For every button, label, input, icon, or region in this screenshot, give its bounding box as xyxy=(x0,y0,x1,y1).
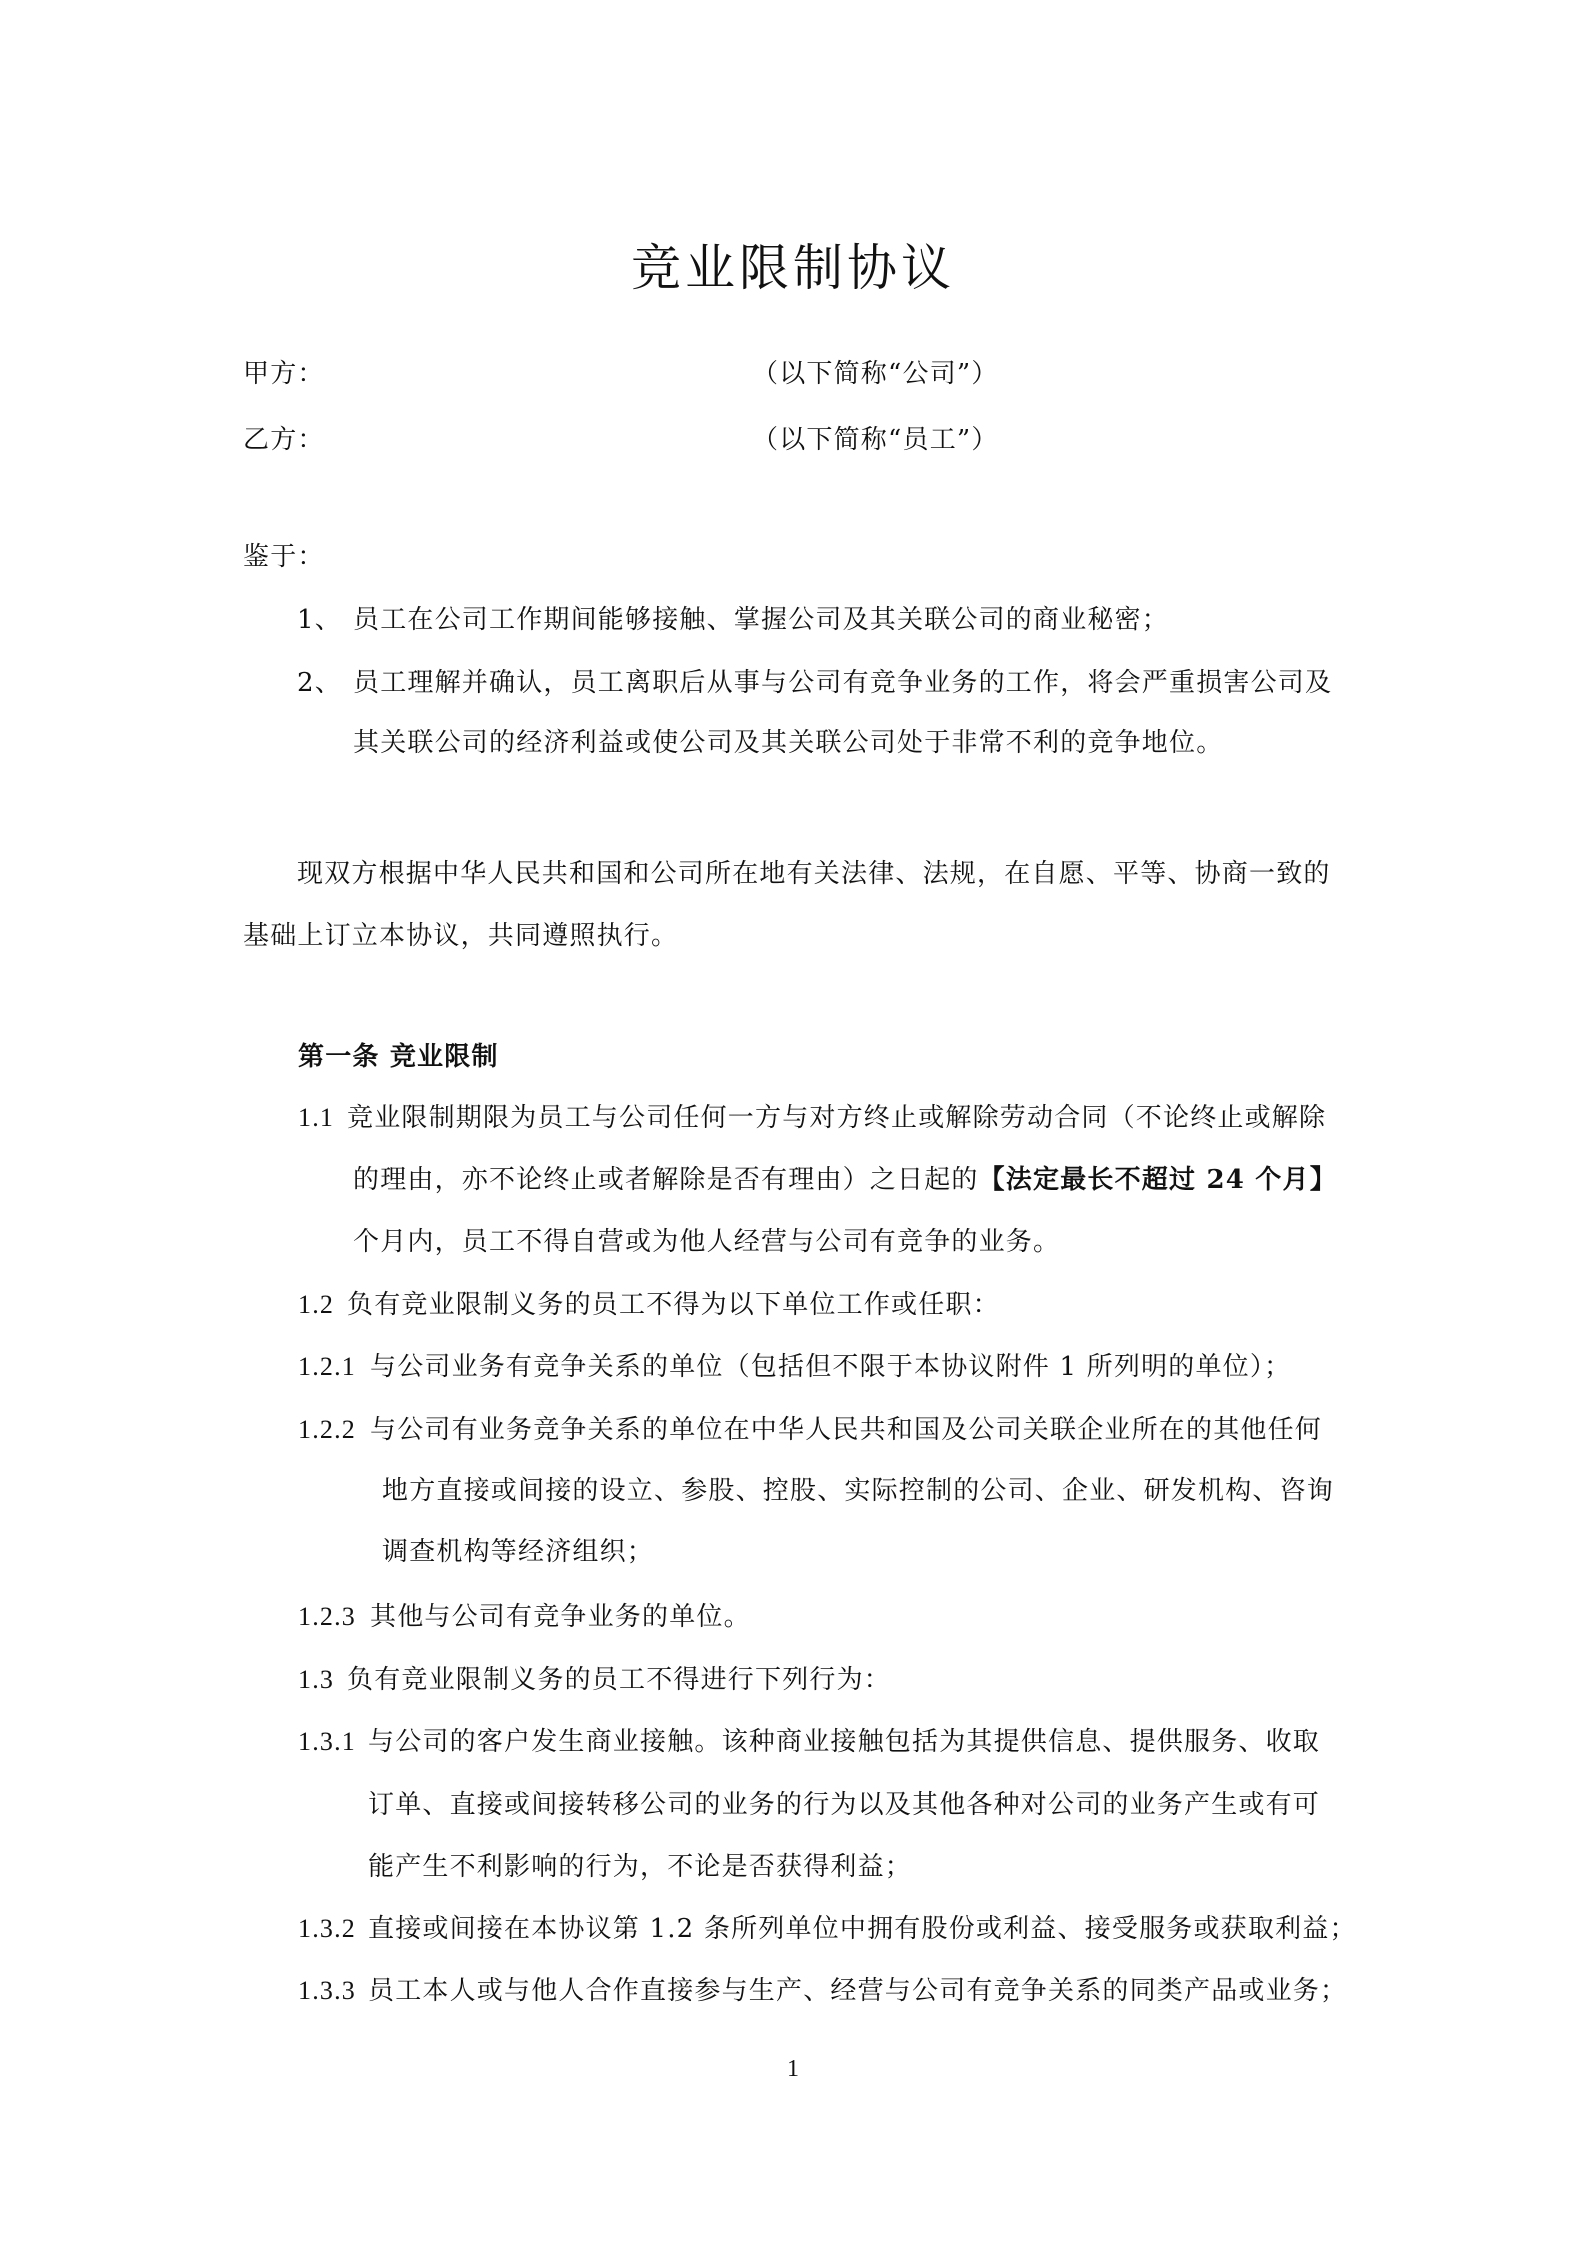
clause-1-2-2-line1: 与公司有业务竞争关系的单位在中华人民共和国及公司关联企业所在的其他任何 xyxy=(370,1413,1322,1447)
clause-1-3-1-number: 1.3.1 xyxy=(298,1725,356,1759)
clause-1-1-number: 1.1 xyxy=(298,1101,334,1135)
clause-1-2-3-text: 其他与公司有竞争业务的单位。 xyxy=(370,1600,751,1634)
preamble-line2: 基础上订立本协议，共同遵照执行。 xyxy=(243,919,678,953)
clause-1-1-line1: 竞业限制期限为员工与公司任何一方与对方终止或解除劳动合同（不论终止或解除 xyxy=(347,1101,1326,1135)
clause-1-3-3-number: 1.3.3 xyxy=(298,1974,356,2008)
recital-2-number: 2、 xyxy=(297,666,342,700)
clause-1-3-text: 负有竞业限制义务的员工不得进行下列行为： xyxy=(347,1663,891,1697)
clause-1-2-number: 1.2 xyxy=(298,1288,334,1322)
document-title: 竞业限制协议 xyxy=(0,238,1586,298)
page-number: 1 xyxy=(0,2054,1586,2084)
article-1-heading: 第一条 竞业限制 xyxy=(298,1040,499,1074)
recital-2-text-line2: 其关联公司的经济利益或使公司及其关联公司处于非常不利的竞争地位。 xyxy=(353,726,1223,760)
recital-2-text-line1: 员工理解并确认，员工离职后从事与公司有竞争业务的工作，将会严重损害公司及 xyxy=(353,666,1332,700)
party-a-note: （以下简称“公司”） xyxy=(752,357,999,391)
preamble-line1: 现双方根据中华人民共和国和公司所在地有关法律、法规，在自愿、平等、协商一致的 xyxy=(297,857,1331,891)
clause-1-3-1-line2: 订单、直接或间接转移公司的业务的行为以及其他各种对公司的业务产生或有可 xyxy=(368,1788,1320,1822)
clause-1-2-1-number: 1.2.1 xyxy=(298,1350,356,1384)
clause-1-1-line2: 的理由，亦不论终止或者解除是否有理由）之日起的【法定最长不超过 24 个月】 xyxy=(353,1163,1337,1197)
clause-1-2-2-line2: 地方直接或间接的设立、参股、控股、实际控制的公司、企业、研发机构、咨询 xyxy=(382,1474,1334,1508)
recitals-heading: 鉴于： xyxy=(243,540,325,574)
clause-1-3-3-text: 员工本人或与他人合作直接参与生产、经营与公司有竞争关系的同类产品或业务； xyxy=(368,1974,1347,2008)
clause-1-1-line3: 个月内，员工不得自营或为他人经营与公司有竞争的业务。 xyxy=(353,1225,1060,1259)
clause-1-3-1-line3: 能产生不利影响的行为，不论是否获得利益； xyxy=(368,1850,912,1884)
statutory-limit-highlight: 【法定最长不超过 24 个月】 xyxy=(979,1165,1337,1195)
clause-1-2-3-number: 1.2.3 xyxy=(298,1600,356,1634)
party-b-note: （以下简称“员工”） xyxy=(752,423,999,457)
clause-1-3-number: 1.3 xyxy=(298,1663,334,1697)
clause-1-1-line2-text: 的理由，亦不论终止或者解除是否有理由）之日起的 xyxy=(353,1165,979,1195)
clause-1-3-1-line1: 与公司的客户发生商业接触。该种商业接触包括为其提供信息、提供服务、收取 xyxy=(368,1725,1320,1759)
recital-1-number: 1、 xyxy=(297,603,342,637)
document-page: 竞业限制协议 甲方： （以下简称“公司”） 乙方： （以下简称“员工”） 鉴于：… xyxy=(0,0,1586,2244)
clause-1-3-2-text: 直接或间接在本协议第 1.2 条所列单位中拥有股份或利益、接受服务或获取利益； xyxy=(368,1912,1357,1946)
clause-1-2-2-line3: 调查机构等经济组织； xyxy=(382,1535,654,1569)
clause-1-2-2-number: 1.2.2 xyxy=(298,1413,356,1447)
clause-1-2-text: 负有竞业限制义务的员工不得为以下单位工作或任职： xyxy=(347,1288,1000,1322)
party-a-label: 甲方： xyxy=(243,357,325,391)
recital-1-text: 员工在公司工作期间能够接触、掌握公司及其关联公司的商业秘密； xyxy=(353,603,1169,637)
clause-1-3-2-number: 1.3.2 xyxy=(298,1912,356,1946)
clause-1-2-1-text: 与公司业务有竞争关系的单位（包括但不限于本协议附件 1 所列明的单位）； xyxy=(370,1350,1291,1384)
party-b-label: 乙方： xyxy=(243,423,325,457)
